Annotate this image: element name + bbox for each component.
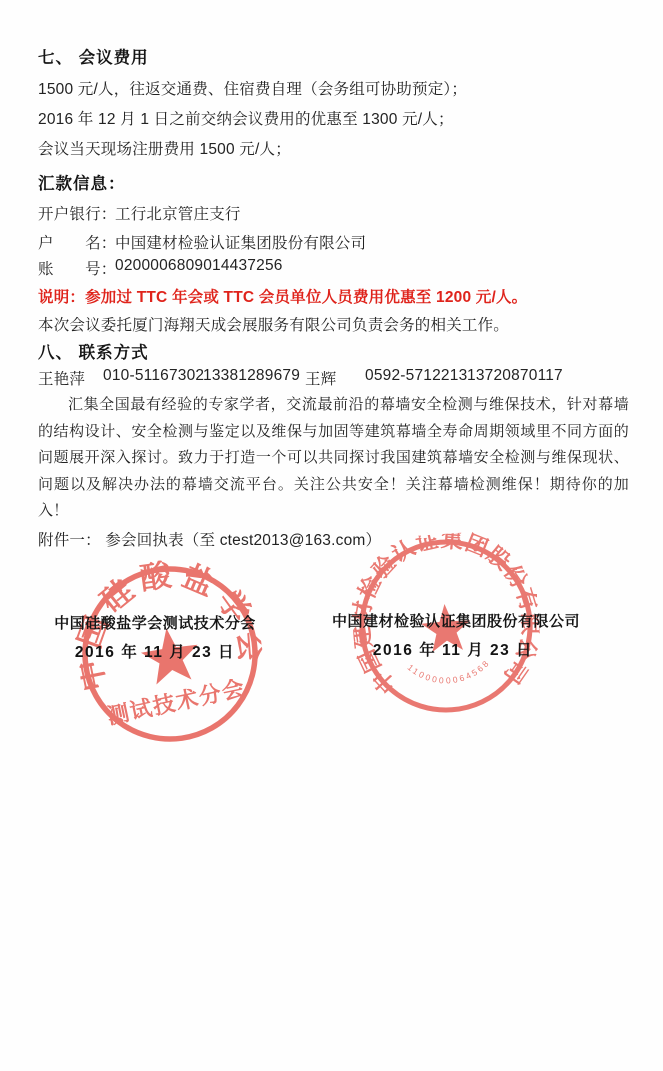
account-name-label: 户 名： xyxy=(38,235,117,252)
attachment-line: 附件一： 参会回执表（至 ctest2013@163.com） xyxy=(38,528,381,550)
fee-line-1: 1500 元/人，往返交通费、住宿费自理（会务组可协助预定）； xyxy=(38,77,467,99)
document-page: 七、 会议费用 1500 元/人，往返交通费、住宿费自理（会务组可协助预定）； … xyxy=(0,0,663,1071)
contact1-phone2: 13381289679 xyxy=(203,367,300,385)
account-number-value: 0200006809014437256 xyxy=(115,257,283,275)
contact2-name: 王辉 xyxy=(305,367,336,389)
remittance-row-account-number: 账 号： 0200006809014437256 xyxy=(38,257,598,279)
contact1-phone1: 010-51167302 xyxy=(103,367,204,385)
account-number-label: 账 号： xyxy=(38,261,117,278)
left-seal-bottom-text: 测试技术分会 xyxy=(105,675,248,729)
contact2-phone1: 0592-5712213 xyxy=(365,367,467,385)
bank-label: 开户银行： xyxy=(38,206,117,223)
remittance-heading: 汇款信息： xyxy=(38,170,126,194)
right-signature-org: 中国建材检验认证集团股份有限公司 xyxy=(332,610,562,631)
section7-heading: 七、 会议费用 xyxy=(38,44,149,68)
left-signature-org: 中国硅酸盐学会测试技术分会 xyxy=(50,612,260,633)
closing-paragraph: 汇集全国最有经验的专家学者，交流最前沿的幕墙安全检测与维保技术，针对幕墙的结构设… xyxy=(38,392,629,525)
contact2-phone2: 13720870117 xyxy=(467,367,563,385)
right-seal-code: 1100000064568 xyxy=(405,657,493,689)
fee-line-2: 2016 年 12 月 1 日之前交纳会议费用的优惠至 1300 元/人； xyxy=(38,107,454,129)
discount-note: 说明：参加过 TTC 年会或 TTC 会员单位人员费用优惠至 1200 元/人。 xyxy=(38,285,527,307)
remittance-row-bank: 开户银行： 工行北京管庄支行 xyxy=(38,202,598,224)
bank-value: 工行北京管庄支行 xyxy=(115,202,241,224)
contact1-name: 王艳萍 xyxy=(38,367,85,389)
remittance-row-account-name: 户 名： 中国建材检验认证集团股份有限公司 xyxy=(38,231,598,253)
section8-heading: 八、 联系方式 xyxy=(38,339,149,363)
account-name-value: 中国建材检验认证集团股份有限公司 xyxy=(115,231,366,253)
fee-line-3: 会议当天现场注册费用 1500 元/人； xyxy=(38,137,291,159)
right-signature-date: 2016 年 11 月 23 日 xyxy=(333,638,573,660)
agency-line: 本次会议委托厦门海翔天成会展服务有限公司负责会务的相关工作。 xyxy=(38,313,509,335)
left-signature-date: 2016 年 11 月 23 日 xyxy=(50,640,260,662)
